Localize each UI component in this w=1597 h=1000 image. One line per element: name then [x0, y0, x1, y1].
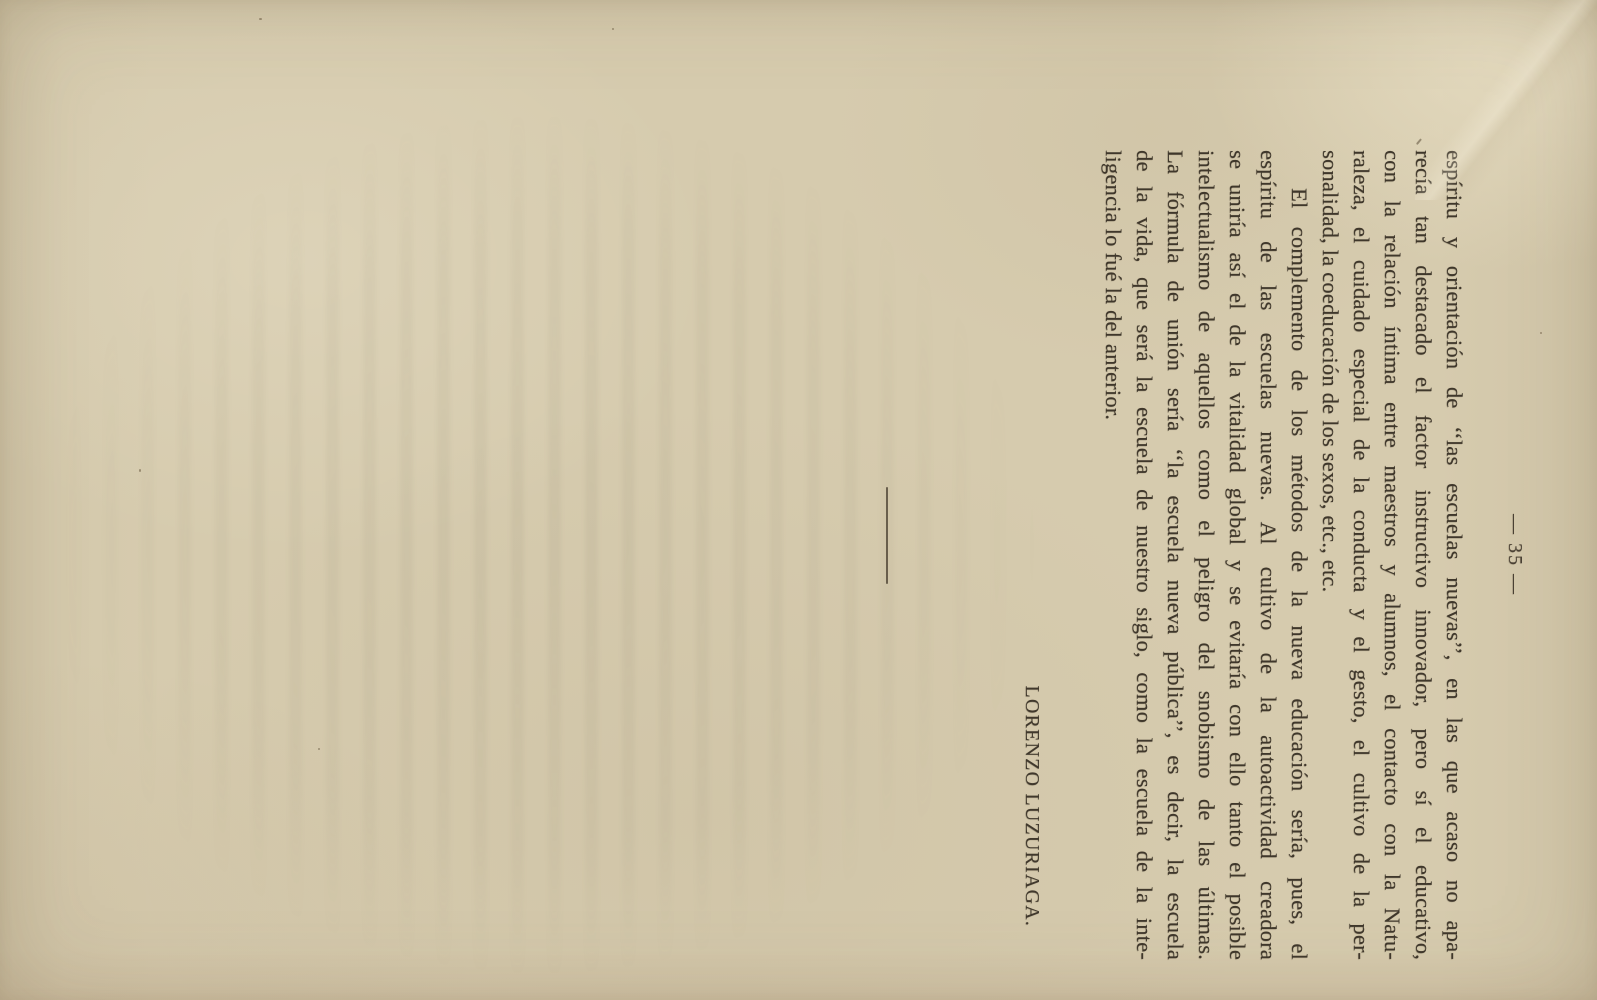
text-line: ligencia lo fué la del anterior. — [1098, 150, 1129, 960]
paper-speck — [612, 28, 614, 30]
text-line: intelectualismo de aquellos como el peli… — [1191, 150, 1222, 960]
text-line: espíritu de las escuelas nuevas. Al cult… — [1253, 150, 1284, 960]
ink-bleedthrough — [42, 110, 1042, 980]
text-line: sonalidad, la coeducación de los sexos, … — [1315, 150, 1346, 960]
page-content-rotated: — 35 — espíritu y orientación de ‘‘las e… — [0, 0, 1597, 1000]
text-line: La fórmula de unión sería ‘‘la escuela n… — [1160, 150, 1191, 960]
text-line: recía tan destacado el factor instructiv… — [1408, 150, 1439, 960]
text-line: espíritu y orientación de ‘‘las escuelas… — [1439, 150, 1470, 960]
text-line: se uniría así el de la vitalidad global … — [1222, 150, 1253, 960]
paper-speck — [1540, 332, 1542, 334]
author-signature: LORENZO LUZURIAGA. — [1020, 150, 1043, 927]
paper-speck — [139, 469, 141, 472]
text-line: de la vida, que será la escuela de nuest… — [1129, 150, 1160, 960]
paper-crease — [1415, 0, 1597, 200]
page-number: — 35 — — [1503, 150, 1527, 960]
text-line: raleza, el cuidado especial de la conduc… — [1346, 150, 1377, 960]
text-line: con la relación íntima entre maestros y … — [1377, 150, 1408, 960]
text-block: espíritu y orientación de ‘‘las escuelas… — [1098, 150, 1470, 960]
paper-speck — [318, 748, 320, 750]
text-line: El complemento de los métodos de la nuev… — [1284, 150, 1315, 960]
paper-speck — [259, 18, 262, 20]
separator-rule — [886, 487, 888, 584]
scanned-book-page: — 35 — espíritu y orientación de ‘‘las e… — [0, 0, 1597, 1000]
